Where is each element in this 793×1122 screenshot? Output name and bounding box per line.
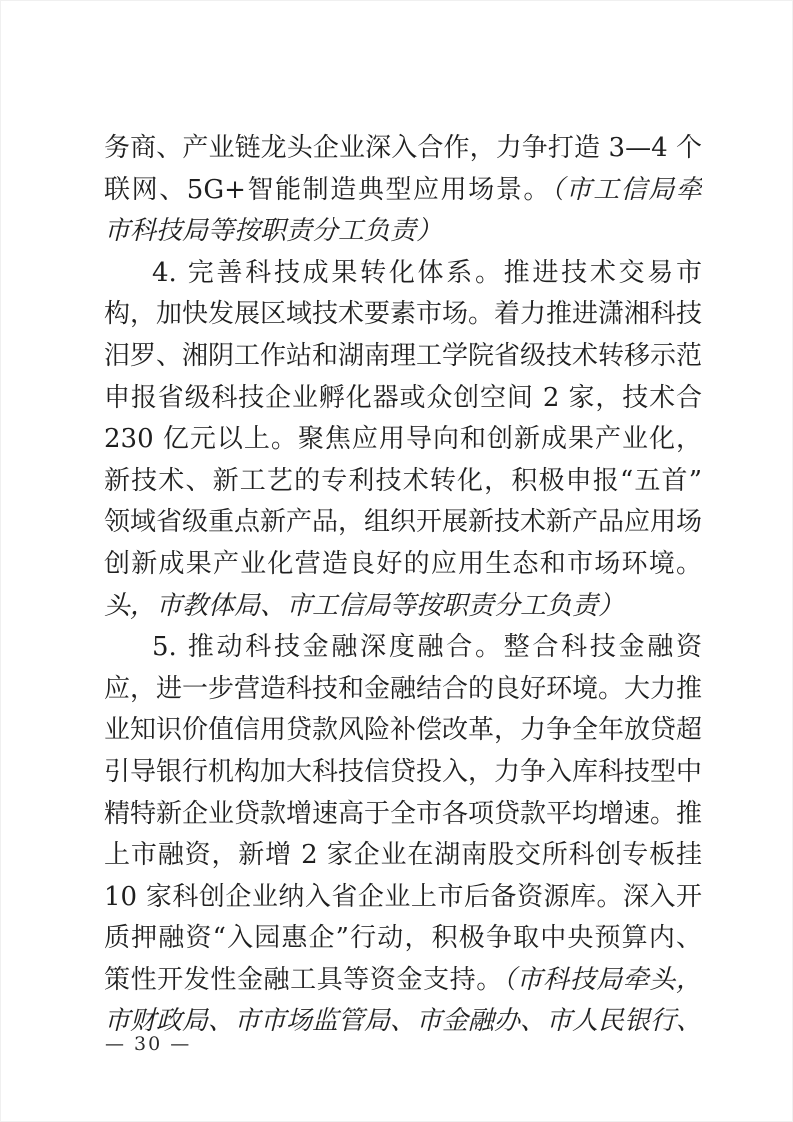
text-line: 应，进一步营造科技和金融结合的良好环境。大力推进科技型企 — [104, 669, 702, 711]
document-page: 务商、产业链龙头企业深入合作，力争打造 3—4 个 5G+工业互 联网、5G+智… — [0, 0, 793, 1122]
body-text-segment: 质押融资“入园惠企”行动，积极争取中央预算内、专项债、政 — [104, 923, 702, 960]
responsibility-clause-segment: 市科技局等按职责分工负责） — [104, 216, 442, 246]
text-line: 务商、产业链龙头企业深入合作，力争打造 3—4 个 5G+工业互 — [104, 128, 702, 170]
text-line: 230 亿元以上。聚焦应用导向和创新成果产业化，加快新产品、 — [104, 419, 702, 461]
text-line: 10 家科创企业纳入省企业上市后备资源库。深入开展知识产权 — [104, 877, 702, 919]
body-text-segment: 务商、产业链龙头企业深入合作，力争打造 3—4 个 5G+工业互 — [104, 133, 702, 170]
text-line: 精特新企业贷款增速高于全市各项贷款平均增速。推动科创企业 — [104, 794, 702, 836]
text-line: 市财政局、市市场监管局、市金融办、市人民银行、岳阳银保监 — [104, 1001, 702, 1043]
body-text-segment: 构，加快发展区域技术要素市场。着力推进潇湘科技要素大市场 — [104, 299, 702, 336]
body-text-segment: 5. 推动科技金融深度融合。整合科技金融资源，形成聚合效 — [104, 632, 702, 669]
body-text-segment: 上市融资，新增 2 家企业在湖南股交所科创专板挂牌，挖掘培育 — [104, 840, 702, 877]
body-text-segment: 汨罗、湘阴工作站和湖南理工学院省级技术转移示范机构建设， — [104, 341, 702, 378]
text-line: 新技术、新工艺的专利技术转化，积极申报“五首”产品和工业 — [104, 461, 702, 503]
body-text-segment: 引导银行机构加大科技信贷投入，力争入库科技型中小企业、专 — [104, 757, 702, 794]
page-number: — 30 — — [105, 1033, 191, 1055]
body-text-segment: 10 家科创企业纳入省企业上市后备资源库。深入开展知识产权 — [104, 882, 702, 919]
text-line: 头，市教体局、市工信局等按职责分工负责） — [104, 586, 702, 628]
body-text-segment: 应，进一步营造科技和金融结合的良好环境。大力推进科技型企 — [104, 674, 702, 711]
text-line: 汨罗、湘阴工作站和湖南理工学院省级技术转移示范机构建设， — [104, 336, 702, 378]
body-text-segment: 4. 完善科技成果转化体系。推进技术交易市场、技术转移机 — [104, 258, 702, 295]
body-text-segment: 创新成果产业化营造良好的应用生态和市场环境。 — [104, 549, 702, 579]
body-text-segment: 精特新企业贷款增速高于全市各项贷款平均增速。推动科创企业 — [104, 799, 702, 836]
body-text-segment: 策性开发性金融工具等资金支持。 — [104, 965, 503, 995]
text-line: 申报省级科技企业孵化器或众创空间 2 家，技术合同成交额达到 — [104, 378, 702, 420]
page-body-text: 务商、产业链龙头企业深入合作，力争打造 3—4 个 5G+工业互 联网、5G+智… — [104, 128, 702, 1043]
text-line: 构，加快发展区域技术要素市场。着力推进潇湘科技要素大市场 — [104, 294, 702, 336]
body-text-segment: 领域省级重点新产品，组织开展新技术新产品应用场景示范，为 — [104, 507, 702, 544]
text-line: 上市融资，新增 2 家企业在湖南股交所科创专板挂牌，挖掘培育 — [104, 835, 702, 877]
body-text-segment: 230 亿元以上。聚焦应用导向和创新成果产业化，加快新产品、 — [104, 424, 702, 461]
text-line: 市科技局等按职责分工负责） — [104, 211, 702, 253]
body-text-segment: 申报省级科技企业孵化器或众创空间 2 家，技术合同成交额达到 — [104, 383, 702, 420]
text-line: 引导银行机构加大科技信贷投入，力争入库科技型中小企业、专 — [104, 752, 702, 794]
text-line: 业知识价值信用贷款风险补偿改革，力争全年放贷超 5.5 亿元。 — [104, 710, 702, 752]
text-line: 创新成果产业化营造良好的应用生态和市场环境。（市科技局牵 — [104, 544, 702, 586]
text-line: 领域省级重点新产品，组织开展新技术新产品应用场景示范，为 — [104, 502, 702, 544]
body-text-segment: 业知识价值信用贷款风险补偿改革，力争全年放贷超 5.5 亿元。 — [104, 715, 702, 752]
body-text-segment: 联网、5G+智能制造典型应用场景。 — [104, 175, 551, 205]
body-text-segment: 新技术、新工艺的专利技术转化，积极申报“五首”产品和工业 — [104, 466, 702, 503]
text-line: 联网、5G+智能制造典型应用场景。（市工信局牵头，市发改委、 — [104, 170, 702, 212]
text-line-item-5-start: 5. 推动科技金融深度融合。整合科技金融资源，形成聚合效 — [104, 627, 702, 669]
responsibility-clause-segment: 市财政局、市市场监管局、市金融办、市人民银行、岳阳银保监 — [104, 1006, 702, 1043]
text-line: 质押融资“入园惠企”行动，积极争取中央预算内、专项债、政 — [104, 918, 702, 960]
text-line-item-4-start: 4. 完善科技成果转化体系。推进技术交易市场、技术转移机 — [104, 253, 702, 295]
responsibility-clause-segment: 头，市教体局、市工信局等按职责分工负责） — [104, 591, 624, 621]
text-line: 策性开发性金融工具等资金支持。（市科技局牵头，市发改委、 — [104, 960, 702, 1002]
